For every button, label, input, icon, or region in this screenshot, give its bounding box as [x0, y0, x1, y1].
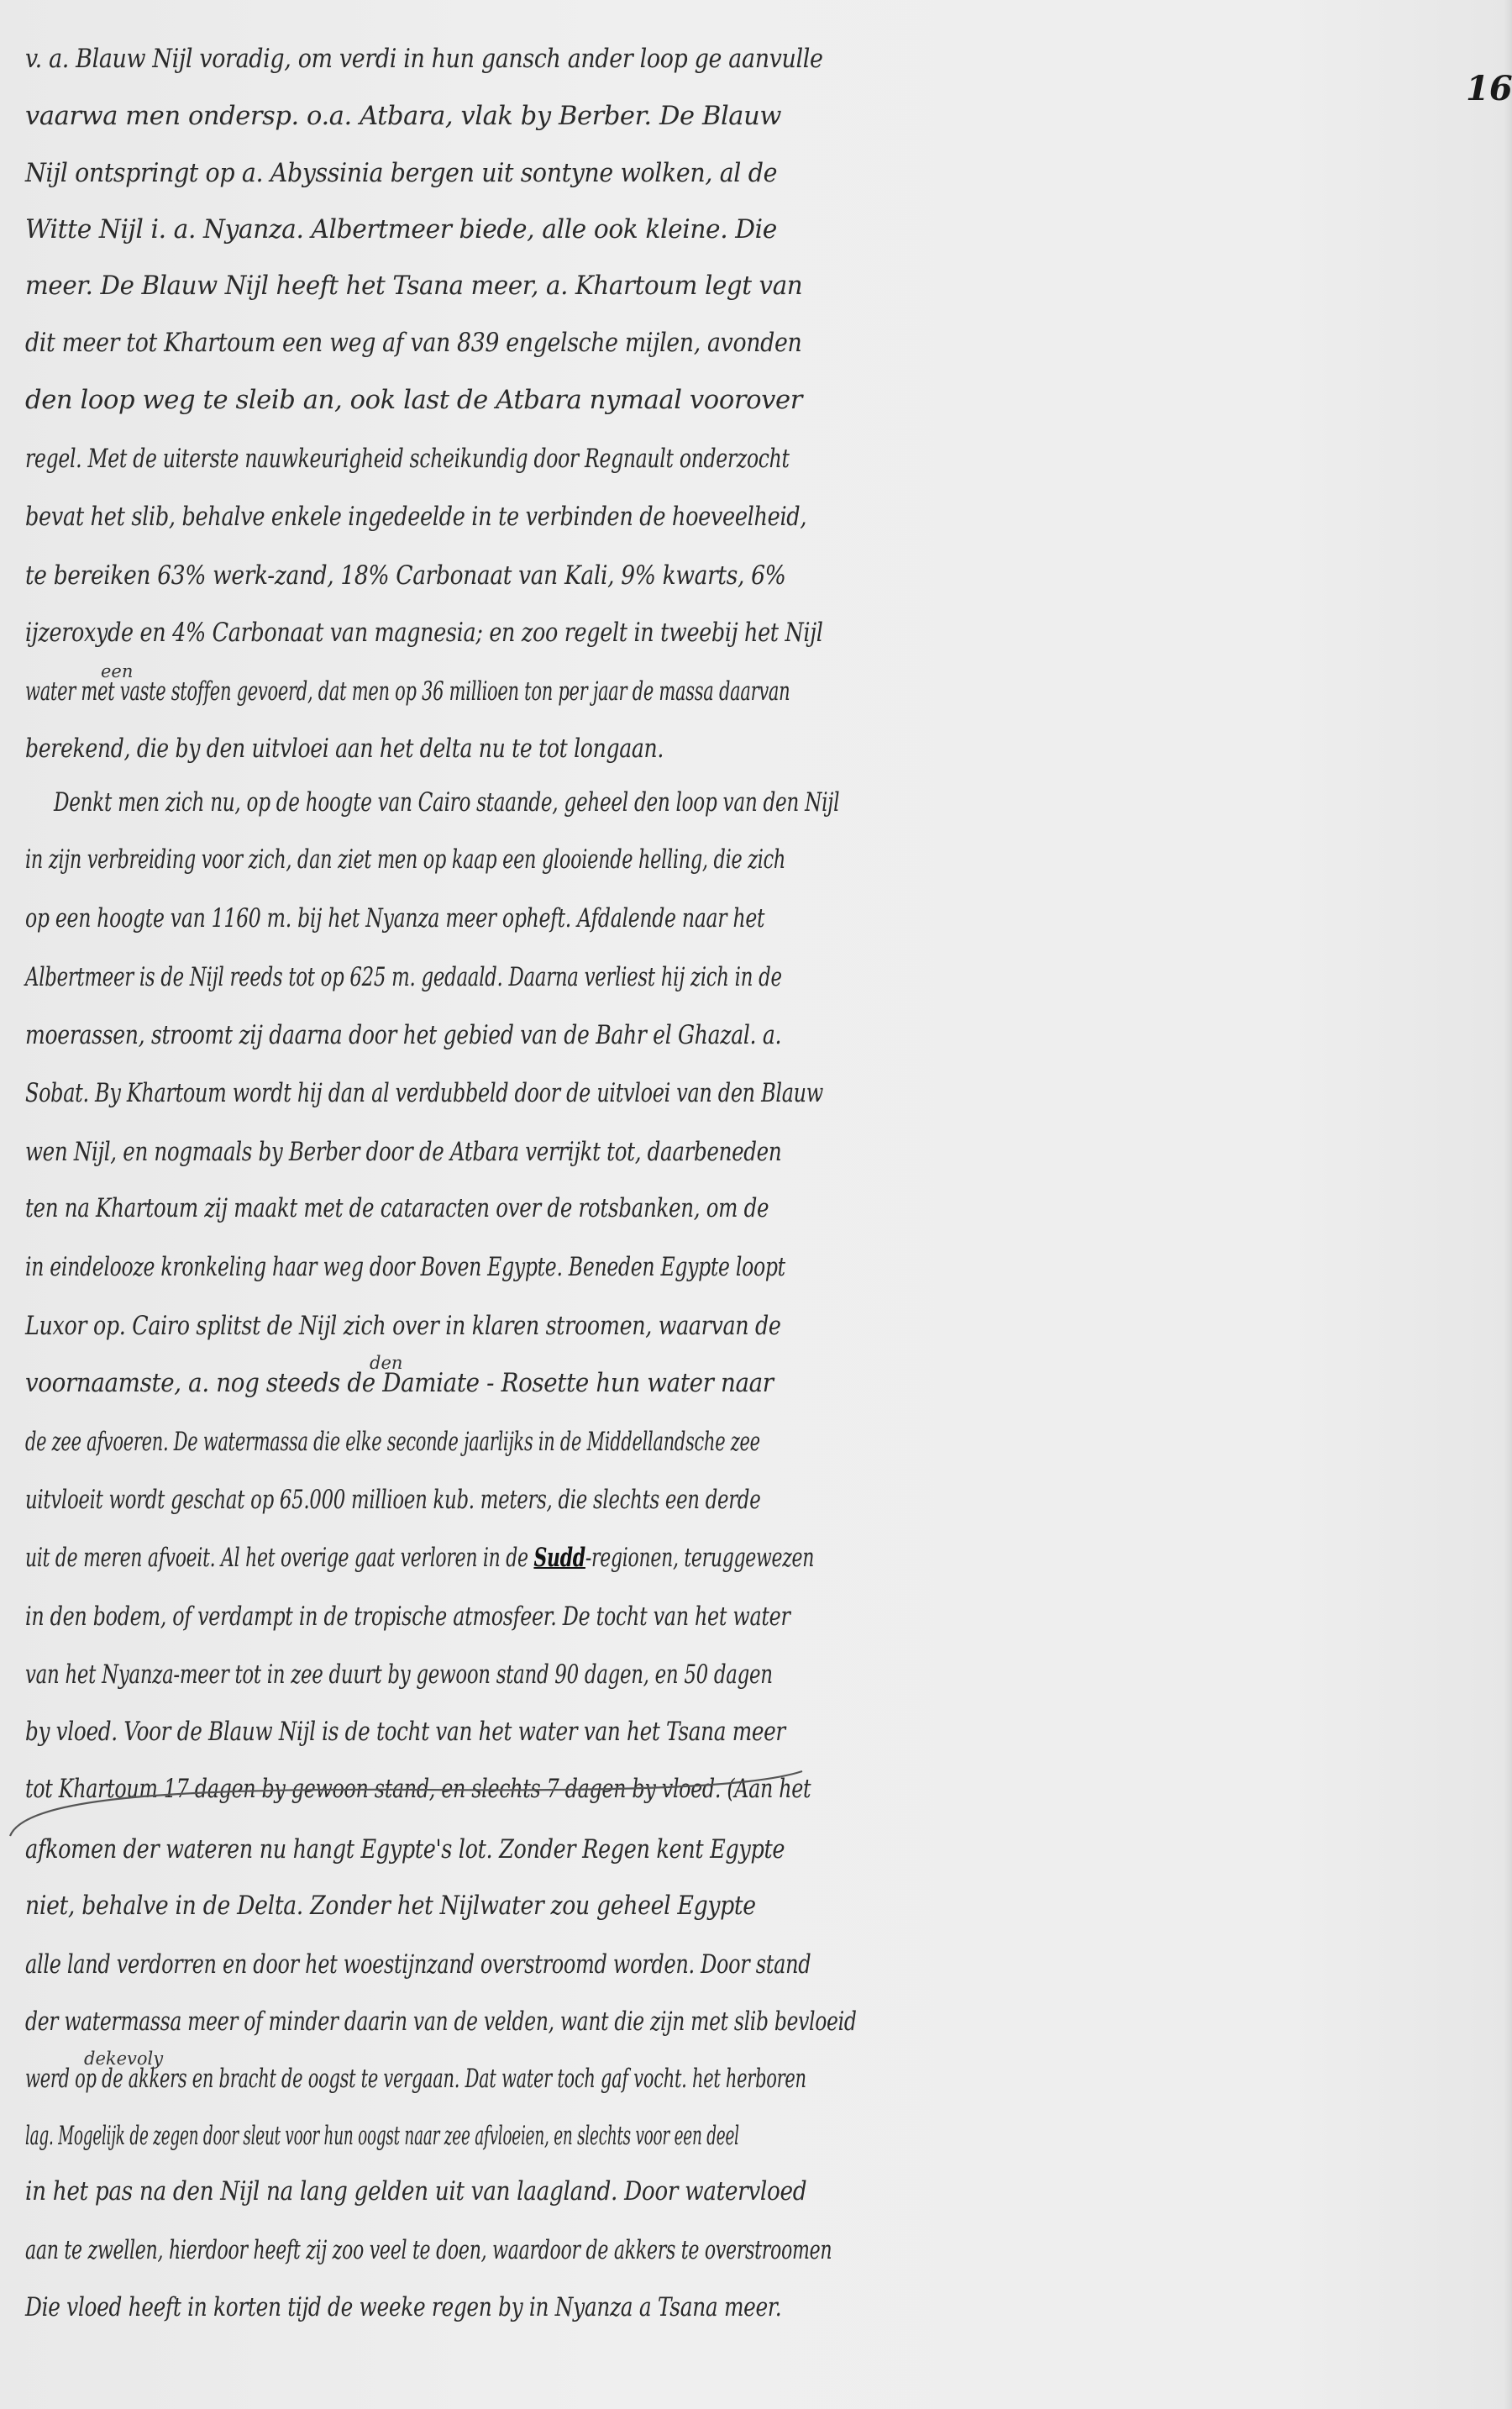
manuscript-line: niet, behalve in de Delta. Zonder het Ni…: [25, 1891, 756, 1941]
manuscript-line: Albertmeer is de Nijl reeds tot op 625 m…: [25, 962, 782, 1013]
manuscript-line: regel. Met de uiterste nauwkeurigheid sc…: [25, 444, 790, 494]
manuscript-line: in eindelooze kronkeling haar weg door B…: [25, 1252, 785, 1302]
manuscript-line: te bereiken 63% werk-zand, 18% Carbonaat…: [25, 560, 785, 611]
manuscript-line: v. a. Blauw Nijl voradig, om verdi in hu…: [25, 44, 823, 94]
manuscript-line: water met vaste stoffen gevoerd, dat men…: [25, 676, 790, 727]
interlinear-insertion: den: [370, 1353, 402, 1373]
manuscript-line: lag. Mogelijk de zegen door sleut voor h…: [25, 2121, 739, 2171]
manuscript-line: op een hoogte van 1160 m. bij het Nyanza…: [25, 903, 764, 954]
manuscript-line: de zee afvoeren. De watermassa die elke …: [25, 1427, 760, 1477]
manuscript-line: Die vloed heeft in korten tijd de weeke …: [25, 2292, 781, 2343]
manuscript-line: in zijn verbreiding voor zich, dan ziet …: [25, 844, 785, 895]
page-number: 16.: [1466, 69, 1512, 108]
manuscript-line: Denkt men zich nu, op de hoogte van Cair…: [54, 787, 839, 838]
manuscript-line: meer. De Blauw Nijl heeft het Tsana meer…: [25, 271, 802, 321]
interlinear-insertion: dekevoly: [84, 2049, 163, 2069]
manuscript-line: bevat het slib, behalve enkele ingedeeld…: [25, 502, 806, 552]
manuscript-line: berekend, die by den uitvloei aan het de…: [25, 734, 664, 784]
manuscript-line: van het Nyanza-meer tot in zee duurt by …: [25, 1659, 773, 1710]
manuscript-line: uit de meren afvoeit. Al het overige gaa…: [25, 1543, 814, 1593]
manuscript-line: werd op de akkers en bracht de oogst te …: [25, 2064, 806, 2114]
manuscript-line: Luxor op. Cairo splitst de Nijl zich ove…: [25, 1311, 781, 1361]
manuscript-line: in den bodem, of verdampt in de tropisch…: [25, 1602, 790, 1652]
interlinear-insertion: een: [101, 661, 133, 681]
manuscript-line: ten na Khartoum zij maakt met de catarac…: [25, 1193, 769, 1244]
manuscript-line: by vloed. Voor de Blauw Nijl is de tocht…: [25, 1717, 785, 1767]
manuscript-line: Sobat. By Khartoum wordt hij dan al verd…: [25, 1078, 823, 1128]
manuscript-line: tot Khartoum 17 dagen by gewoon stand, e…: [25, 1774, 811, 1824]
manuscript-line: wen Nijl, en nogmaals by Berber door de …: [25, 1137, 781, 1187]
manuscript-line: vaarwa men ondersp. o.a. Atbara, vlak by…: [25, 101, 781, 151]
manuscript-line: aan te zwellen, hierdoor heeft zij zoo v…: [25, 2235, 832, 2285]
manuscript-page: 16. v. a. Blauw Nijl voradig, om verdi i…: [0, 0, 1512, 2409]
manuscript-line: Nijl ontspringt op a. Abyssinia bergen u…: [25, 158, 777, 208]
manuscript-line: dit meer tot Khartoum een weg af van 839…: [25, 328, 801, 378]
manuscript-line: Witte Nijl i. a. Nyanza. Albertmeer bied…: [25, 214, 777, 265]
manuscript-line: alle land verdorren en door het woestijn…: [25, 1949, 811, 2000]
manuscript-line: ijzeroxyde en 4% Carbonaat van magnesia;…: [25, 618, 823, 668]
manuscript-line: moerassen, stroomt zij daarna door het g…: [25, 1020, 781, 1070]
manuscript-line: afkomen der wateren nu hangt Egypte's lo…: [25, 1834, 785, 1885]
manuscript-line: uitvloeit wordt geschat op 65.000 millio…: [25, 1485, 760, 1535]
manuscript-line: voornaamste, a. nog steeds de Damiate - …: [25, 1368, 774, 1418]
manuscript-line: in het pas na den Nijl na lang gelden ui…: [25, 2176, 806, 2227]
manuscript-line: den loop weg te sleib an, ook last de At…: [25, 385, 802, 435]
